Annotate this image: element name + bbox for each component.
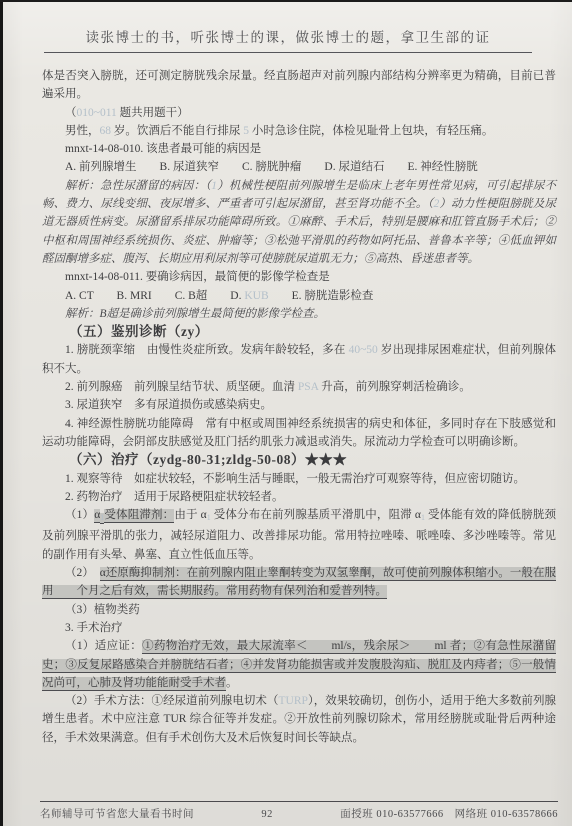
treatment-item-3: 3. 手术治疗 <box>42 619 556 637</box>
scanned-book-page: 读张博士的书，听张博士的课，做张博士的题，拿卫生部的证 体是否突入膀胱，还可测定… <box>0 0 572 826</box>
options-row-011: A. CT B. MRI C. B超 D. KUB E. 膀胱造影检查 <box>42 287 556 305</box>
surgery-methods: （2）手术方法：①经尿道前列腺电切术（TURP），效果较确切，创伤小，适用于绝大… <box>42 692 556 747</box>
text-run: mnxt-14-08-010. 该患者最可能的病因是 <box>65 143 261 155</box>
list-item-2: 2. 前列腺癌 前列腺呈结节状、质坚硬。血清 PSA 升高，前列腺穿刺活检确诊。 <box>42 378 556 396</box>
analysis-paragraph-011: 解析：B超是确诊前列腺增生最简便的影像学检查。 <box>42 305 556 323</box>
list-item-1: 1. 膀胱颈挛缩 由慢性炎症所致。发病年龄较轻，多在 40~50 岁出现排尿困难… <box>42 341 556 378</box>
page-header: 读张博士的书，听张博士的课，做张博士的题，拿卫生部的证 <box>44 26 532 53</box>
section-heading-treatment: （六）治疗（zydg-80-31;zldg-50-08）★★★ <box>42 451 556 469</box>
text-run: E. 膀胱造影检查 <box>269 290 374 302</box>
text-run: 。 <box>226 677 238 689</box>
analysis-paragraph-010: 解析：急性尿潴留的病因：（1）机械性梗阻前列腺增生是临床上老年男性常见病，可引起… <box>42 177 556 268</box>
text-run: 由于 α <box>174 509 206 521</box>
text-run: （2）手术方法：①经尿道前列腺电切术（ <box>65 695 279 707</box>
text-run: （3）植物类药 <box>65 604 140 616</box>
text-run: 3. 尿道狭窄 多有尿道损伤或感染病史。 <box>65 399 272 411</box>
header-slogan: 读张博士的书，听张博士的课，做张博士的题，拿卫生部的证 <box>44 26 532 46</box>
text-run: （1） <box>65 509 94 521</box>
text-run: 4. 神经源性膀胱功能障碍 常有中枢或周围神经系统损害的病史和体征，多同时存在下… <box>42 418 556 448</box>
question-stem-010: mnxt-14-08-010. 该患者最可能的病因是 <box>42 140 556 158</box>
text-run: 男性， <box>65 125 100 137</box>
text-run: 2. 前列腺癌 前列腺呈结节状、质坚硬。血清 <box>65 381 298 393</box>
text-run: A. 前列腺增生 B. 尿道狭窄 C. 膀胱肿瘤 D. 尿道结石 E. 神经性膀… <box>65 161 478 173</box>
text-run: α还原酶抑制剂：在前列腺内阻止睾酮转变为双氢睾酮，故可使前列腺体积缩小。一般在服… <box>42 567 556 599</box>
scan-edge-top <box>0 0 572 2</box>
text-run: PSA <box>298 381 318 393</box>
text-run: 受体分布在前列腺基质平滑肌中，阻滞 α <box>211 509 421 521</box>
text-run: 1. 观察等待 如症状较轻，不影响生活与睡眠，一般无需治疗可观察等待，但应密切随… <box>65 473 525 485</box>
list-item-3: 3. 尿道狭窄 多有尿道损伤或感染病史。 <box>42 396 556 414</box>
text-run: 解析：B超是确诊前列腺增生最简便的影像学检查。 <box>65 308 325 320</box>
text-run: 岁。饮酒后不能自行排尿 <box>111 125 243 137</box>
case-description: 男性，68 岁。饮酒后不能自行排尿 5 小时急诊住院，体检见耻骨上包块，有轻压痛… <box>42 122 556 140</box>
text-run: mnxt-14-08-011. 要确诊病因，最简便的影像学检查是 <box>65 271 330 283</box>
drug-item-2: （2） α还原酶抑制剂：在前列腺内阻止睾酮转变为双氢睾酮，故可使前列腺体积缩小。… <box>42 564 556 601</box>
text-run: 68 <box>100 125 112 137</box>
list-item-4: 4. 神经源性膀胱功能障碍 常有中枢或周围神经系统损害的病史和体征，多同时存在下… <box>42 415 556 452</box>
text-run: KUB <box>244 290 268 302</box>
treatment-item-2: 2. 药物治疗 适用于尿路梗阻症状较轻者。 <box>42 488 556 506</box>
text-run: 升高，前列腺穿刺活检确诊。 <box>318 381 470 393</box>
text-run: 题共用题干） <box>117 107 189 119</box>
text-run: （1）适应证： <box>65 640 142 652</box>
surgery-indications: （1）适应证：①药物治疗无效，最大尿流率＜ ml/s，残余尿＞ ml 者；②有急… <box>42 637 556 692</box>
drug-item-3: （3）植物类药 <box>42 601 556 619</box>
text-run: （六）治疗（zydg-80-31;zldg-50-08）★★★ <box>69 452 347 467</box>
question-stem-011: mnxt-14-08-011. 要确诊病因，最简便的影像学检查是 <box>42 268 556 286</box>
text-run: 解析：急性尿潴留的病因：（ <box>65 180 211 192</box>
text-run: 40~50 <box>349 344 378 356</box>
options-row-010: A. 前列腺增生 B. 尿道狭窄 C. 膀胱肿瘤 D. 尿道结石 E. 神经性膀… <box>42 158 556 176</box>
shared-stem-note: （010~011 题共用题干） <box>42 104 556 122</box>
footer-right-text: 面授班 010-63577666 网络班 010-63578666 <box>340 806 558 821</box>
text-run: （2） <box>65 567 100 579</box>
footer-page-number: 92 <box>261 809 273 820</box>
text-run: A. CT B. MRI C. B超 D. <box>65 290 244 302</box>
treatment-item-1: 1. 观察等待 如症状较轻，不影响生活与睡眠，一般无需治疗可观察等待，但应密切随… <box>42 470 556 488</box>
continued-paragraph: 体是否突入膀胱，还可测定膀胱残余尿量。经直肠超声对前列腺内部结构分辨率更为精确，… <box>42 67 556 104</box>
text-run: （ <box>65 107 77 119</box>
text-run: 受体阻滞剂： <box>104 509 174 523</box>
text-run: TURP <box>279 695 308 707</box>
page-content: 体是否突入膀胱，还可测定膀胱残余尿量。经直肠超声对前列腺内部结构分辨率更为精确，… <box>42 67 556 747</box>
text-run: 010~011 <box>77 107 117 119</box>
drug-item-1: （1）α1受体阻滞剂：由于 α1 受体分布在前列腺基质平滑肌中，阻滞 α1 受体… <box>42 506 556 564</box>
text-run: 3. 手术治疗 <box>65 622 123 634</box>
text-run: 小时急诊住院，体检见耻骨上包块，有轻压痛。 <box>249 125 493 137</box>
scan-edge-left <box>0 0 3 826</box>
text-run: 2. 药物治疗 适用于尿路梗阻症状较轻者。 <box>65 491 284 503</box>
text-run: （五）鉴别诊断（zy） <box>69 324 209 339</box>
text-run: 1. 膀胱颈挛缩 由慢性炎症所致。发病年龄较轻，多在 <box>65 344 349 356</box>
page-footer: 名师辅导可节省您大量看书时间 92 面授班 010-63577666 网络班 0… <box>40 801 558 821</box>
section-heading-differential: （五）鉴别诊断（zy） <box>42 323 556 341</box>
footer-left-text: 名师辅导可节省您大量看书时间 <box>40 806 194 821</box>
text-run: 体是否突入膀胱，还可测定膀胱残余尿量。经直肠超声对前列腺内部结构分辨率更为精确，… <box>42 70 556 100</box>
